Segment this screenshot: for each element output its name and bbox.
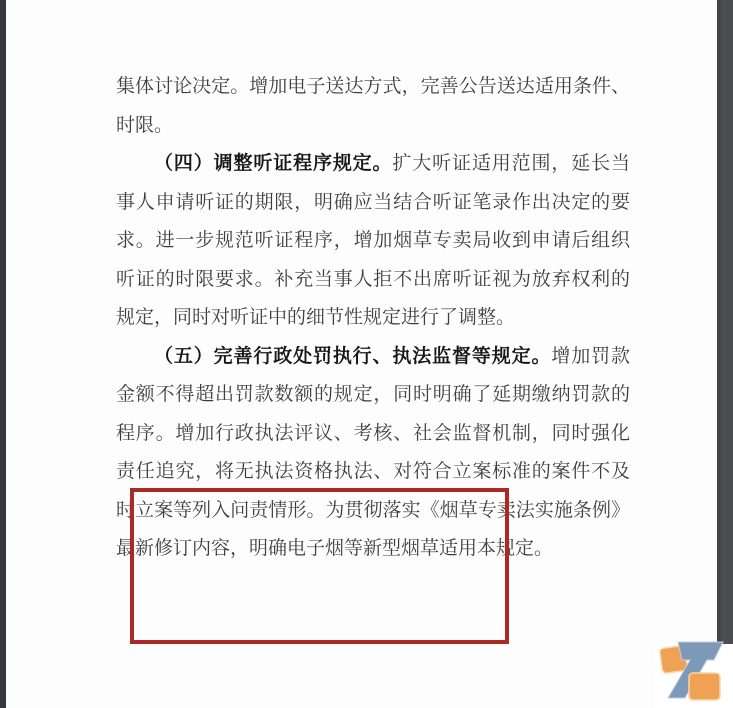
line-text: 求。进一步规范听证程序，增加烟草专卖局收到申请后组织 (116, 230, 630, 251)
brand-logo (655, 644, 733, 708)
annotation-rectangle (130, 488, 509, 644)
line-text: 责任追究，将无执法资格执法、对符合立案标准的案件不及 (116, 461, 630, 482)
line-text: 集体讨论决定。增加电子送达方式，完善公告送达适用条件、 (116, 76, 630, 97)
document-line: 听证的时限要求。补充当事人拒不出席听证视为放弃权利的 (116, 261, 630, 300)
document-line: 集体讨论决定。增加电子送达方式，完善公告送达适用条件、 (116, 68, 630, 107)
document-line: 规定，同时对听证中的细节性规定进行了调整。 (116, 299, 630, 338)
line-text: 金额不得超出罚款数额的规定，同时明确了延期缴纳罚款的 (116, 384, 630, 405)
line-text: 程序。增加行政执法评议、考核、社会监督机制，同时强化 (116, 423, 630, 444)
document-line: 金额不得超出罚款数额的规定，同时明确了延期缴纳罚款的 (116, 376, 630, 415)
right-edge-strip (717, 0, 733, 644)
line-text: 听证的时限要求。补充当事人拒不出席听证视为放弃权利的 (116, 269, 630, 290)
document-line: 求。进一步规范听证程序，增加烟草专卖局收到申请后组织 (116, 222, 630, 261)
line-text: 扩大听证适用范围，延长当 (392, 153, 630, 174)
document-line: 时限。 (116, 107, 630, 146)
document-line: 事人申请听证的期限，明确应当结合听证笔录作出决定的要 (116, 184, 630, 223)
line-bold-text: （四）调整听证程序规定。 (154, 153, 392, 174)
document-line: （四）调整听证程序规定。扩大听证适用范围，延长当 (116, 145, 630, 184)
line-text: 时限。 (116, 115, 173, 136)
line-text: 增加罚款 (551, 346, 630, 367)
document-line: （五）完善行政处罚执行、执法监督等规定。增加罚款 (116, 338, 630, 377)
document-line: 程序。增加行政执法评议、考核、社会监督机制，同时强化 (116, 415, 630, 454)
z-mark-logo-icon (658, 639, 728, 703)
line-bold-text: （五）完善行政处罚执行、执法监督等规定。 (154, 346, 551, 367)
document-line: 责任追究，将无执法资格执法、对符合立案标准的案件不及 (116, 453, 630, 492)
line-text: 事人申请听证的期限，明确应当结合听证笔录作出决定的要 (116, 192, 630, 213)
line-text: 规定，同时对听证中的细节性规定进行了调整。 (116, 307, 515, 328)
